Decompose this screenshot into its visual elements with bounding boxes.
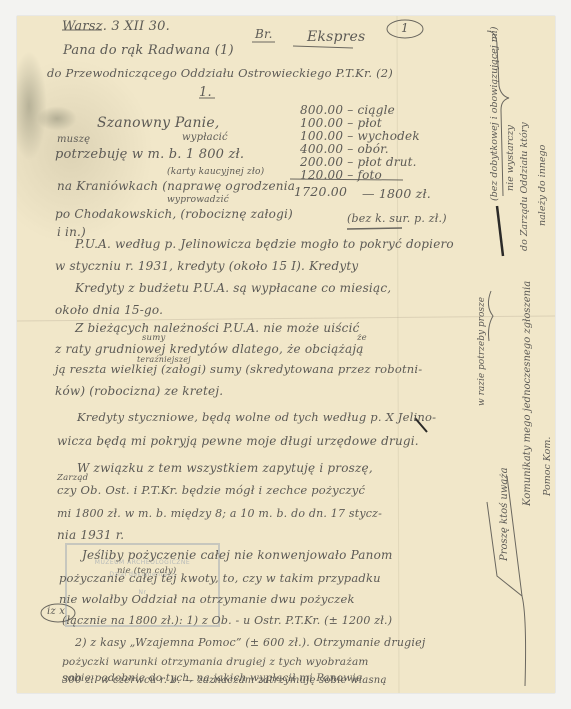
paper-stain	[37, 106, 77, 131]
margin-note: (bez dobytkowej i obowiązującej mi)	[489, 26, 500, 201]
insertion-wyplacic: wypłacić	[182, 133, 228, 143]
expenses-rounded: — 1800 zł.	[362, 188, 431, 201]
paragraph-line: ków) (robocizna) ze kretej.	[55, 385, 223, 397]
paragraph-line: Kredyty z budżetu P.U.A. są wypłacane co…	[75, 282, 391, 294]
place-date: Warsz. 3 XII 30.	[62, 20, 170, 33]
expense-row: 200.00 – płot drut.	[300, 156, 417, 168]
paragraph-line: nia 1931 r.	[57, 529, 124, 541]
margin-note: nie wystarczy	[505, 125, 516, 191]
paragraph-line: w styczniu r. 1931, kredyty (około 15 I)…	[55, 260, 358, 272]
expenses-total: 1720.00	[294, 186, 347, 199]
paragraph-line: Jeśliby pożyczenie całej nie konwenjował…	[82, 549, 393, 561]
mark-br: Br.	[255, 28, 273, 40]
paragraph-line: pożyczki warunki otrzymania drugiej z ty…	[62, 657, 369, 668]
section-number: 1.	[199, 86, 212, 99]
letter-page: MUZEUM ARCHEOLOGICZNE Dział dokumentacji…	[17, 16, 555, 693]
addressee-line-1: Pana do rąk Radwana (1)	[63, 44, 234, 57]
insertion-wyprowadzic: wyprowadzić	[167, 196, 229, 205]
margin-note: Pomoc Kom.	[542, 437, 553, 496]
paragraph-line: pożyczanie całej tej kwoty, to, czy w ta…	[59, 573, 381, 585]
margin-tag: iz x	[47, 607, 65, 617]
paragraph-line: P.U.A. według p. Jelinowicza będzie mogł…	[75, 238, 454, 250]
salutation: Szanowny Panie,	[97, 116, 220, 130]
paragraph-line: ją reszta wielkiej (załogi) sumy (skredy…	[55, 364, 422, 376]
insertion-musze: muszę	[57, 135, 90, 145]
expense-row: 400.00 – obór.	[300, 143, 389, 155]
expense-row: 100.00 – płot	[300, 117, 382, 129]
margin-note: Proszę ktoś uważa	[499, 467, 510, 561]
line-potrzebuje: potrzebuję w m. b. 1 800 zł.	[55, 148, 244, 161]
margin-note: w razie potrzeby prosze	[477, 297, 487, 406]
paragraph-line: Kredyty styczniowe, będą wolne od tych w…	[77, 412, 436, 424]
insertion-zarzad: Zarząd	[57, 474, 88, 483]
line-na-kraniowkach: na Kraniówkach (naprawę ogrodzenia	[57, 180, 295, 192]
paragraph-line: około dnia 15-go.	[55, 304, 163, 316]
paragraph-line: 2) z kasy „Wzajemna Pomoc” (± 600 zł.). …	[75, 637, 425, 648]
line-po-chodakowskich: po Chodakowskich, (robociznę załogi)	[55, 208, 293, 220]
paragraph-line: mi 1800 zł. w m. b. między 8; a 10 m. b.…	[57, 508, 382, 519]
margin-note: do Zarządu Oddziału który	[519, 122, 530, 251]
expense-row: 100.00 – wychodek	[300, 130, 420, 142]
expense-row: 120.00 – foto	[300, 169, 382, 181]
paragraph-line: Z bieżących należności P.U.A. nie może u…	[75, 322, 360, 334]
expenses-note: (bez k. sur. p. zł.)	[347, 213, 447, 224]
express-label: Ekspres	[307, 30, 365, 44]
paragraph-line: czy Ob. Ost. i P.T.Kr. będzie mógł i zec…	[57, 485, 365, 497]
expense-row: 800.00 – ciągle	[300, 104, 395, 116]
margin-note: Komunikaty mego jednoczesnego zgłoszenia	[522, 281, 533, 506]
paragraph-line: z raty grudniowej kredytów dlatego, że o…	[55, 343, 364, 355]
paragraph-line: 300 zł. w czerwcu r. b. — zaznaczam zatr…	[62, 676, 387, 686]
insertion-karty: (karty kaucyjnej zło)	[167, 168, 264, 177]
margin-note: należy do innego	[537, 145, 548, 226]
page-number: 1	[401, 22, 409, 34]
addressee-line-2: do Przewodniczącego Oddziału Ostrowiecki…	[47, 68, 393, 80]
paragraph-line: nie wolałby Oddział na otrzymanie dwu po…	[59, 594, 355, 606]
paragraph-line: wicza będą mi pokryją pewne moje długi u…	[57, 435, 419, 447]
paragraph-line: (łącznie na 1800 zł.): 1) z Ob. - u Ostr…	[62, 615, 392, 626]
paragraph-line: W związku z tem wszystkiem zapytuję i pr…	[77, 462, 373, 474]
